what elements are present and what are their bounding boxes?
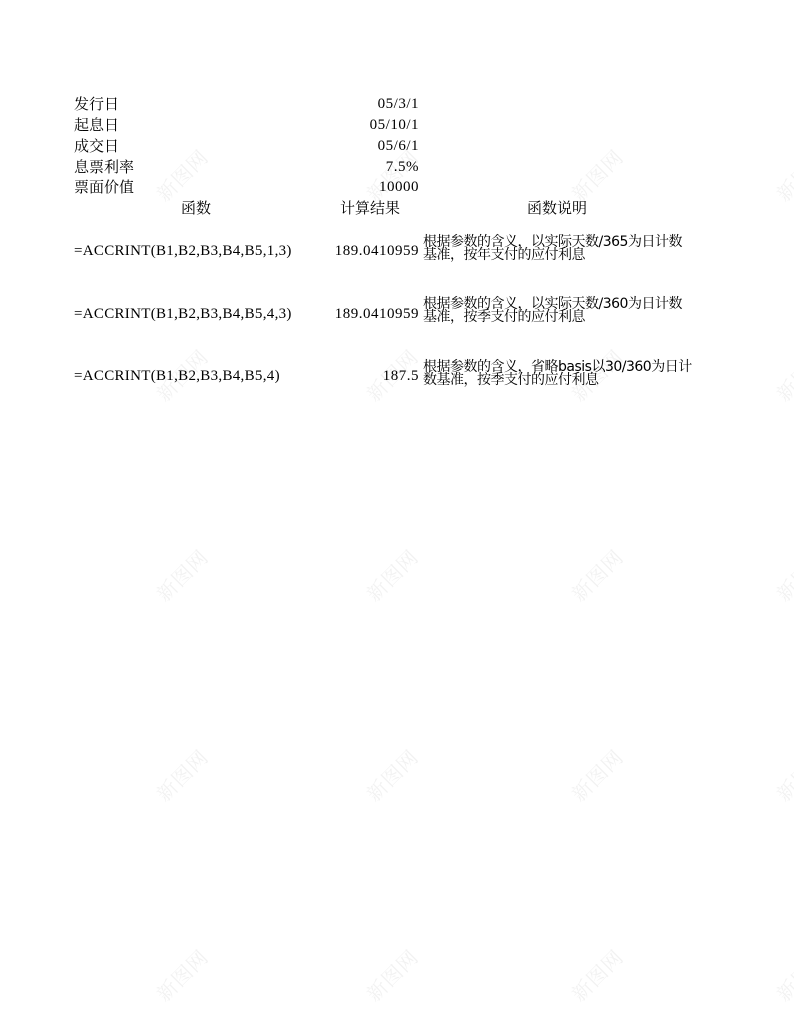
param-label-rate: 息票利率 (74, 157, 134, 177)
param-value-issue-date: 05/3/1 (219, 94, 419, 114)
result-cell: 189.0410959 (219, 304, 419, 324)
description-cell: 根据参数的含义，省略basis以30/360为日计数基准，按季支付的应付利息 (423, 361, 693, 387)
watermark-text: 新图网 (769, 342, 794, 407)
param-value-rate: 7.5% (219, 157, 419, 177)
param-label-issue-date: 发行日 (74, 94, 119, 114)
param-label-first-interest: 起息日 (74, 115, 119, 135)
watermark-text: 新图网 (359, 742, 424, 807)
watermark-text: 新图网 (769, 942, 794, 1007)
description-cell: 根据参数的含义，以实际天数/365为日计数基准，按年支付的应付利息 (423, 236, 693, 262)
watermark-text: 新图网 (359, 542, 424, 607)
watermark-text: 新图网 (149, 742, 214, 807)
watermark-text: 新图网 (769, 542, 794, 607)
watermark-text: 新图网 (769, 142, 794, 207)
header-function: 函数 (146, 198, 246, 218)
description-cell: 根据参数的含义，以实际天数/360为日计数基准，按季支付的应付利息 (423, 298, 693, 324)
watermark-text: 新图网 (564, 542, 629, 607)
param-value-par: 10000 (219, 177, 419, 197)
result-cell: 189.0410959 (219, 241, 419, 261)
result-cell: 187.5 (219, 366, 419, 386)
watermark-text: 新图网 (769, 742, 794, 807)
watermark-text: 新图网 (359, 942, 424, 1007)
watermark-text: 新图网 (149, 942, 214, 1007)
param-label-settlement: 成交日 (74, 136, 119, 156)
param-label-par: 票面价值 (74, 177, 134, 197)
watermark-text: 新图网 (564, 942, 629, 1007)
watermark-text: 新图网 (564, 742, 629, 807)
watermark-text: 新图网 (149, 542, 214, 607)
param-value-first-interest: 05/10/1 (219, 115, 419, 135)
header-result: 计算结果 (320, 198, 420, 218)
header-description: 函数说明 (507, 198, 607, 218)
param-value-settlement: 05/6/1 (219, 136, 419, 156)
